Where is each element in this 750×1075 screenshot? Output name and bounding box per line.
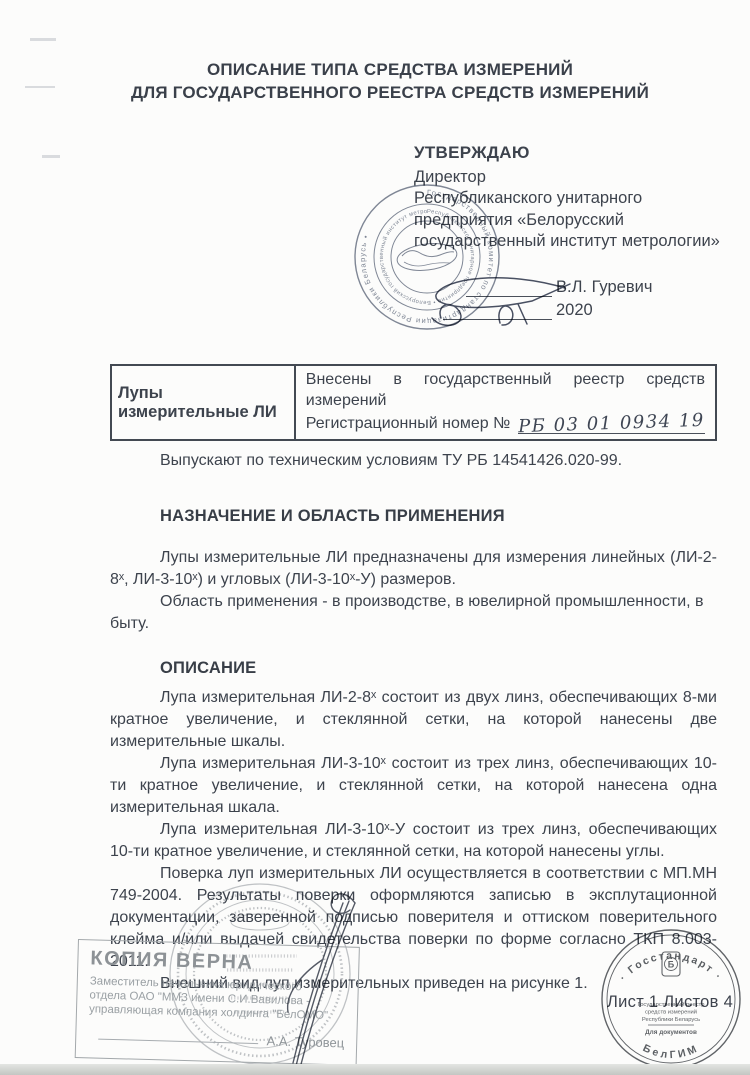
title-line-2: ДЛЯ ГОСУДАРСТВЕННОГО РЕЕСТРА СРЕДСТВ ИЗМ… xyxy=(30,81,750,104)
registry-table: Лупы измерительные ЛИ Внесены в государс… xyxy=(110,364,717,441)
description-paragraph-3: Лупа измерительная ЛИ-3-10ˣ-У состоит из… xyxy=(110,819,717,863)
purpose-heading: НАЗНАЧЕНИЕ И ОБЛАСТЬ ПРИМЕНЕНИЯ xyxy=(160,505,717,527)
belgim-bottom-arc-text: БелГИМ xyxy=(641,1042,701,1061)
svg-text:БелГИМ: БелГИМ xyxy=(641,1042,701,1061)
scan-edge-band xyxy=(0,1064,750,1075)
title-line-1: ОПИСАНИЕ ТИПА СРЕДСТВА ИЗМЕРЕНИЙ xyxy=(30,58,750,81)
registration-number-handwritten: РБ 03 01 0934 19 xyxy=(518,410,705,438)
description-paragraph-2: Лупа измерительная ЛИ-3-10ˣ состоит из т… xyxy=(110,753,717,819)
director-signature xyxy=(400,260,600,370)
purpose-paragraph-1: Лупы измерительные ЛИ предназначены для … xyxy=(110,547,717,591)
belgim-inner-line: Государственный реестр xyxy=(637,1001,704,1008)
registration-number-line: РБ 03 01 0934 19 xyxy=(518,411,705,434)
registration-number-label: Регистрационный номер № xyxy=(306,413,510,434)
registry-entry-text: Внесены в государственный реестр средств… xyxy=(306,369,705,411)
belgim-inner-line: Республики Беларусь xyxy=(642,1017,700,1023)
registration-number-row: Регистрационный номер № РБ 03 01 0934 19 xyxy=(306,411,705,434)
description-paragraph-1: Лупа измерительная ЛИ-2-8ˣ состоит из дв… xyxy=(110,687,717,753)
registry-entry-cell: Внесены в государственный реестр средств… xyxy=(296,366,715,439)
purpose-paragraph-2: Область применения - в производстве, в ю… xyxy=(110,591,717,635)
document-title: ОПИСАНИЕ ТИПА СРЕДСТВА ИЗМЕРЕНИЙ ДЛЯ ГОС… xyxy=(30,58,750,104)
belgim-round-stamp: · Госстандарт · БелГИМ Б Государственный… xyxy=(598,926,744,1072)
scan-artifact xyxy=(30,38,56,41)
belgim-inner-line: средств измерений xyxy=(645,1009,697,1016)
approval-label: УТВЕРЖДАЮ xyxy=(414,142,734,164)
tu-paragraph: Выпускают по техническим условиям ТУ РБ … xyxy=(110,450,717,472)
description-heading: ОПИСАНИЕ xyxy=(160,657,717,679)
instrument-name: Лупы измерительные ЛИ xyxy=(118,384,288,422)
scanned-document-page: ОПИСАНИЕ ТИПА СРЕДСТВА ИЗМЕРЕНИЙ ДЛЯ ГОС… xyxy=(0,0,750,1075)
belgim-inner-line: Для документов xyxy=(645,1029,697,1036)
registry-subject-cell: Лупы измерительные ЛИ xyxy=(112,366,296,439)
scan-artifact xyxy=(42,155,60,158)
belgim-monogram: Б xyxy=(668,960,675,970)
pen-signature-strokes xyxy=(230,885,380,1075)
